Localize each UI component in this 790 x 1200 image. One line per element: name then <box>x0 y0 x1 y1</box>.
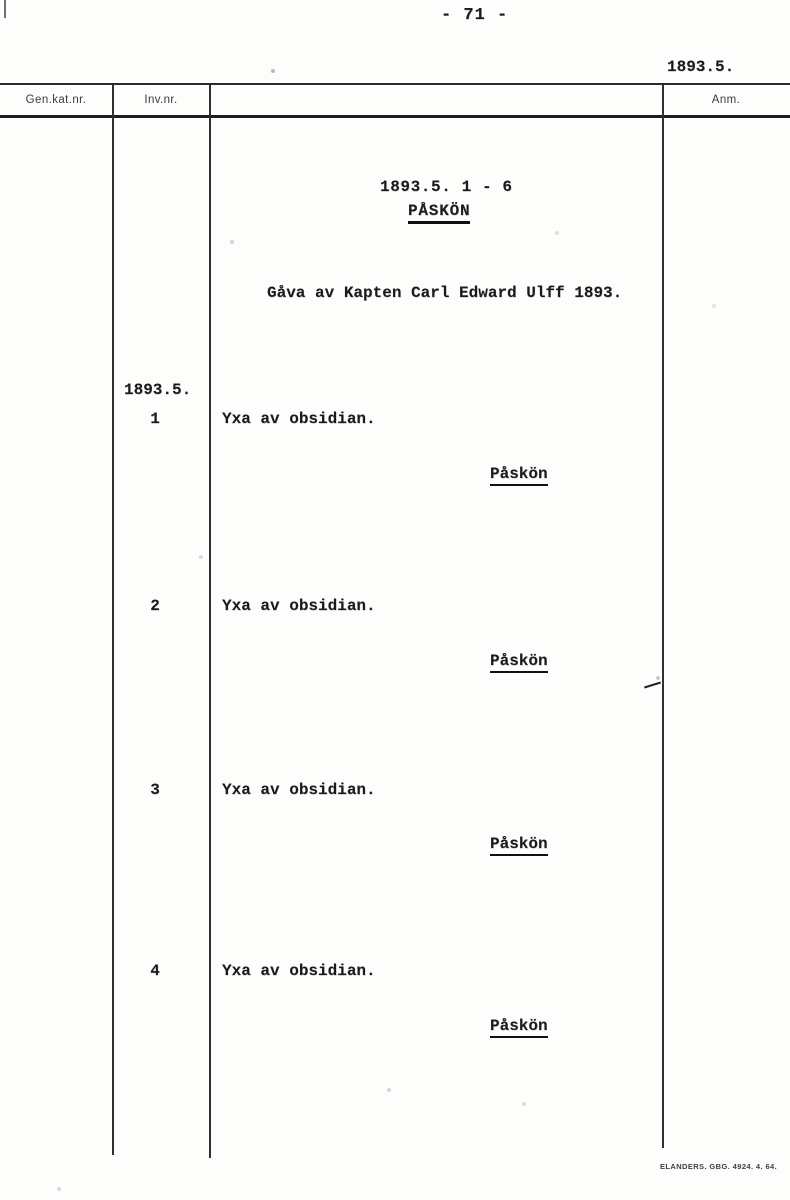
entry-location: Påskön <box>490 465 548 486</box>
group-title: PÅSKÖN <box>408 202 470 224</box>
entry-inv-nr: 4 <box>110 962 200 980</box>
catalog-page-scan: - 71 - 1893.5. Gen.kat.nr. Inv.nr. Anm. … <box>0 0 790 1200</box>
scan-specks <box>0 0 2 2</box>
entry-description: Yxa av obsidian. <box>222 962 376 980</box>
accession-year-header: 1893.5. <box>667 58 734 76</box>
group-heading: 1893.5. 1 - 6 <box>380 178 513 196</box>
entry-description: Yxa av obsidian. <box>222 410 376 428</box>
entry-inv-nr: 2 <box>110 597 200 615</box>
entry-description: Yxa av obsidian. <box>222 597 376 615</box>
entry-location: Påskön <box>490 652 548 673</box>
scan-artifact-line <box>4 0 6 18</box>
column-divider-inv-main <box>209 85 211 1158</box>
column-header-anm: Anm. <box>662 94 790 106</box>
column-divider-main-anm <box>662 85 664 1148</box>
entry-description: Yxa av obsidian. <box>222 781 376 799</box>
entry-inv-nr: 3 <box>110 781 200 799</box>
table-top-rule <box>0 83 790 85</box>
entry-location: Påskön <box>490 835 548 856</box>
entry-inv-nr: 1 <box>110 410 200 428</box>
page-number: - 71 - <box>441 6 508 25</box>
inventory-prefix: 1893.5. <box>124 381 191 399</box>
table-header-bottom-rule <box>0 115 790 118</box>
printer-imprint: ELANDERS. GBG. 4924. 4. 64. <box>660 1162 777 1171</box>
column-header-gen-kat-nr: Gen.kat.nr. <box>0 94 112 106</box>
pen-check-mark <box>644 682 661 689</box>
column-header-inv-nr: Inv.nr. <box>112 94 210 106</box>
column-divider-genkat-inv <box>112 85 114 1155</box>
provenance-line: Gåva av Kapten Carl Edward Ulff 1893. <box>267 284 622 302</box>
entry-location: Påskön <box>490 1017 548 1038</box>
